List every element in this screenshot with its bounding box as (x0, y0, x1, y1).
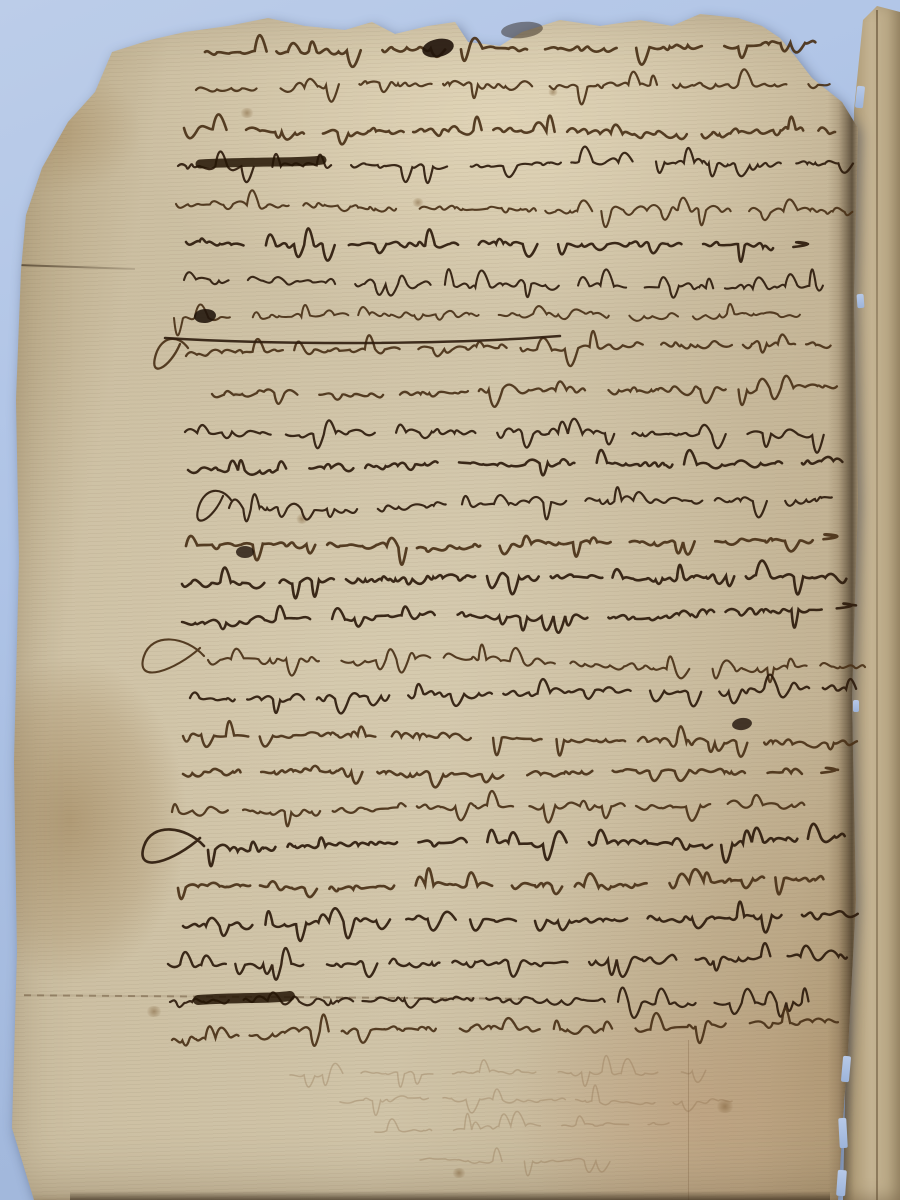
backdrop-gap-sliver (836, 1170, 847, 1197)
manuscript-page (0, 0, 900, 1200)
fox-spot (452, 1168, 466, 1178)
backdrop-gap-sliver (853, 700, 859, 712)
fox-spot (548, 88, 558, 96)
bottom-edge-shadow (70, 1191, 830, 1200)
backdrop-gap-sliver (838, 1118, 848, 1148)
backdrop-gap-sliver (857, 294, 865, 308)
photo-backdrop: Torn-edged tan paper sheet photographed … (0, 0, 900, 1200)
fox-spot (296, 514, 308, 524)
faint-vertical-crease (688, 1040, 689, 1200)
fold-seam (828, 90, 858, 1200)
fox-spot (412, 198, 424, 207)
fox-spot (716, 1100, 734, 1113)
fox-spot (146, 1006, 162, 1017)
fox-spot (240, 108, 254, 118)
manuscript-page-wrap (0, 0, 900, 1200)
laid-paper-texture (0, 0, 900, 1200)
